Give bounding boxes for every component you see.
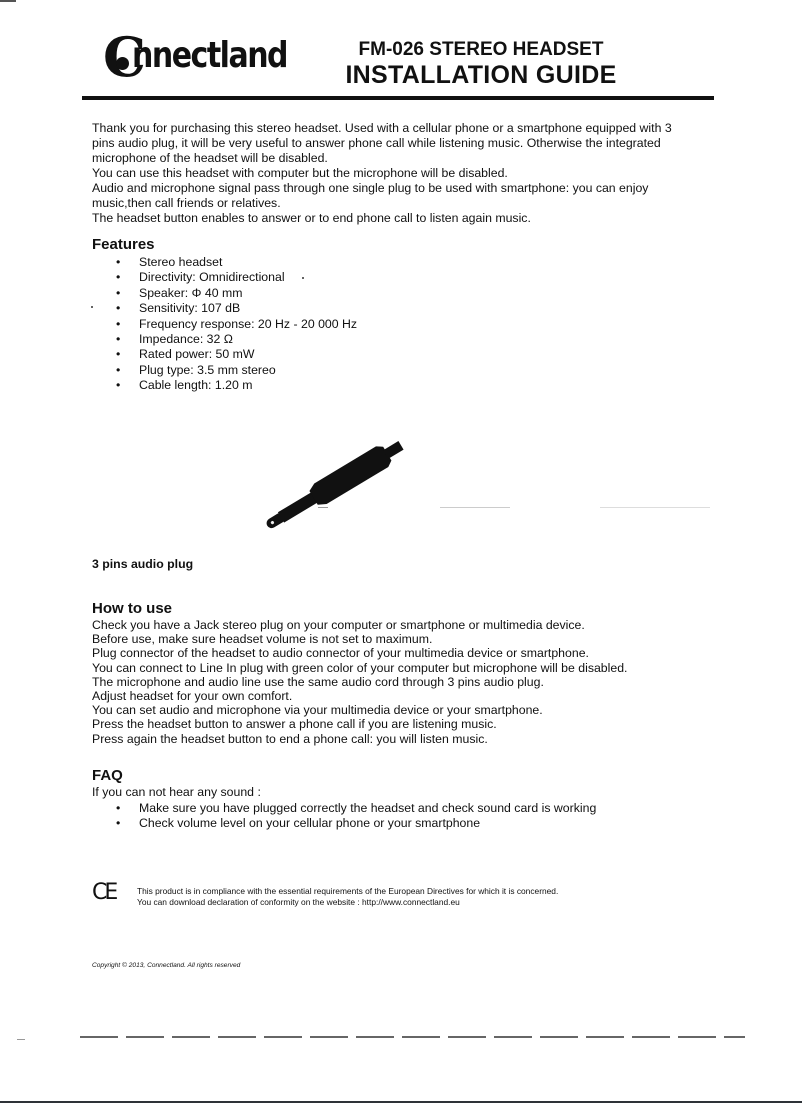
scan-corner-mark bbox=[0, 0, 16, 2]
compliance-notice: This product is in compliance with the e… bbox=[137, 886, 558, 908]
guide-title: INSTALLATION GUIDE bbox=[338, 61, 624, 89]
faq-answer: Make sure you have plugged correctly the… bbox=[92, 801, 712, 816]
feature-item: Plug type: 3.5 mm stereo bbox=[92, 363, 357, 378]
product-title: FM-026 STEREO HEADSET bbox=[338, 39, 624, 61]
logo-wordmark: nnectland bbox=[132, 34, 287, 76]
scan-speck bbox=[91, 306, 93, 308]
how-to-use-section: How to use Check you have a Jack stereo … bbox=[92, 600, 712, 746]
instruction-line: Press again the headset button to end a … bbox=[92, 732, 712, 746]
feature-item: Impedance: 32 Ω bbox=[92, 332, 357, 347]
faq-answer: Check volume level on your cellular phon… bbox=[92, 816, 712, 831]
feature-item: Rated power: 50 mW bbox=[92, 347, 357, 362]
header-divider bbox=[82, 96, 714, 100]
scan-artifact bbox=[440, 507, 510, 508]
logo-dot-icon bbox=[116, 57, 129, 70]
audio-jack-plug-icon bbox=[250, 440, 420, 530]
instruction-line: Before use, make sure headset volume is … bbox=[92, 632, 712, 646]
scan-artifact bbox=[318, 507, 328, 508]
features-list: Stereo headset Directivity: Omnidirectio… bbox=[92, 255, 357, 394]
plug-caption: 3 pins audio plug bbox=[92, 557, 193, 571]
feature-item: Stereo headset bbox=[92, 255, 357, 270]
feature-item: Speaker: Φ 40 mm bbox=[92, 286, 357, 301]
scan-artifact bbox=[600, 507, 710, 508]
faq-question: If you can not hear any sound : bbox=[92, 785, 712, 800]
features-section: Features Stereo headset Directivity: Omn… bbox=[92, 236, 357, 394]
faq-heading: FAQ bbox=[92, 767, 712, 785]
instruction-line: Press the headset button to answer a pho… bbox=[92, 717, 712, 731]
instruction-line: Plug connector of the headset to audio c… bbox=[92, 646, 712, 660]
instruction-line: You can connect to Line In plug with gre… bbox=[92, 661, 712, 675]
feature-item: Cable length: 1.20 m bbox=[92, 378, 357, 393]
intro-paragraph: You can use this headset with computer b… bbox=[92, 166, 692, 181]
intro-paragraph: The headset button enables to answer or … bbox=[92, 211, 692, 226]
instruction-line: You can set audio and microphone via you… bbox=[92, 703, 712, 717]
intro-paragraph: Audio and microphone signal pass through… bbox=[92, 181, 692, 211]
scan-artifact bbox=[17, 1039, 25, 1040]
intro-paragraph: Thank you for purchasing this stereo hea… bbox=[92, 121, 692, 166]
intro-section: Thank you for purchasing this stereo hea… bbox=[92, 121, 692, 226]
feature-item: Sensitivity: 107 dB bbox=[92, 301, 357, 316]
scan-speck bbox=[302, 277, 304, 279]
copyright-notice: Copyright © 2013, Connectland. All right… bbox=[92, 962, 240, 969]
ce-mark-icon: CE bbox=[92, 882, 115, 904]
compliance-line: You can download declaration of conformi… bbox=[137, 897, 558, 908]
instruction-line: Adjust headset for your own comfort. bbox=[92, 689, 712, 703]
how-to-use-heading: How to use bbox=[92, 600, 712, 618]
instruction-line: The microphone and audio line use the sa… bbox=[92, 675, 712, 689]
feature-item: Frequency response: 20 Hz - 20 000 Hz bbox=[92, 317, 357, 332]
features-heading: Features bbox=[92, 236, 357, 254]
feature-item: Directivity: Omnidirectional bbox=[92, 270, 357, 285]
brand-logo: C nnectland bbox=[103, 28, 287, 80]
faq-answers: Make sure you have plugged correctly the… bbox=[92, 801, 712, 832]
faq-section: FAQ If you can not hear any sound : Make… bbox=[92, 767, 712, 831]
scan-bottom-dashes bbox=[80, 1036, 745, 1038]
compliance-line: This product is in compliance with the e… bbox=[137, 886, 558, 897]
instruction-line: Check you have a Jack stereo plug on you… bbox=[92, 618, 712, 632]
document-title: FM-026 STEREO HEADSET INSTALLATION GUIDE bbox=[338, 39, 624, 89]
